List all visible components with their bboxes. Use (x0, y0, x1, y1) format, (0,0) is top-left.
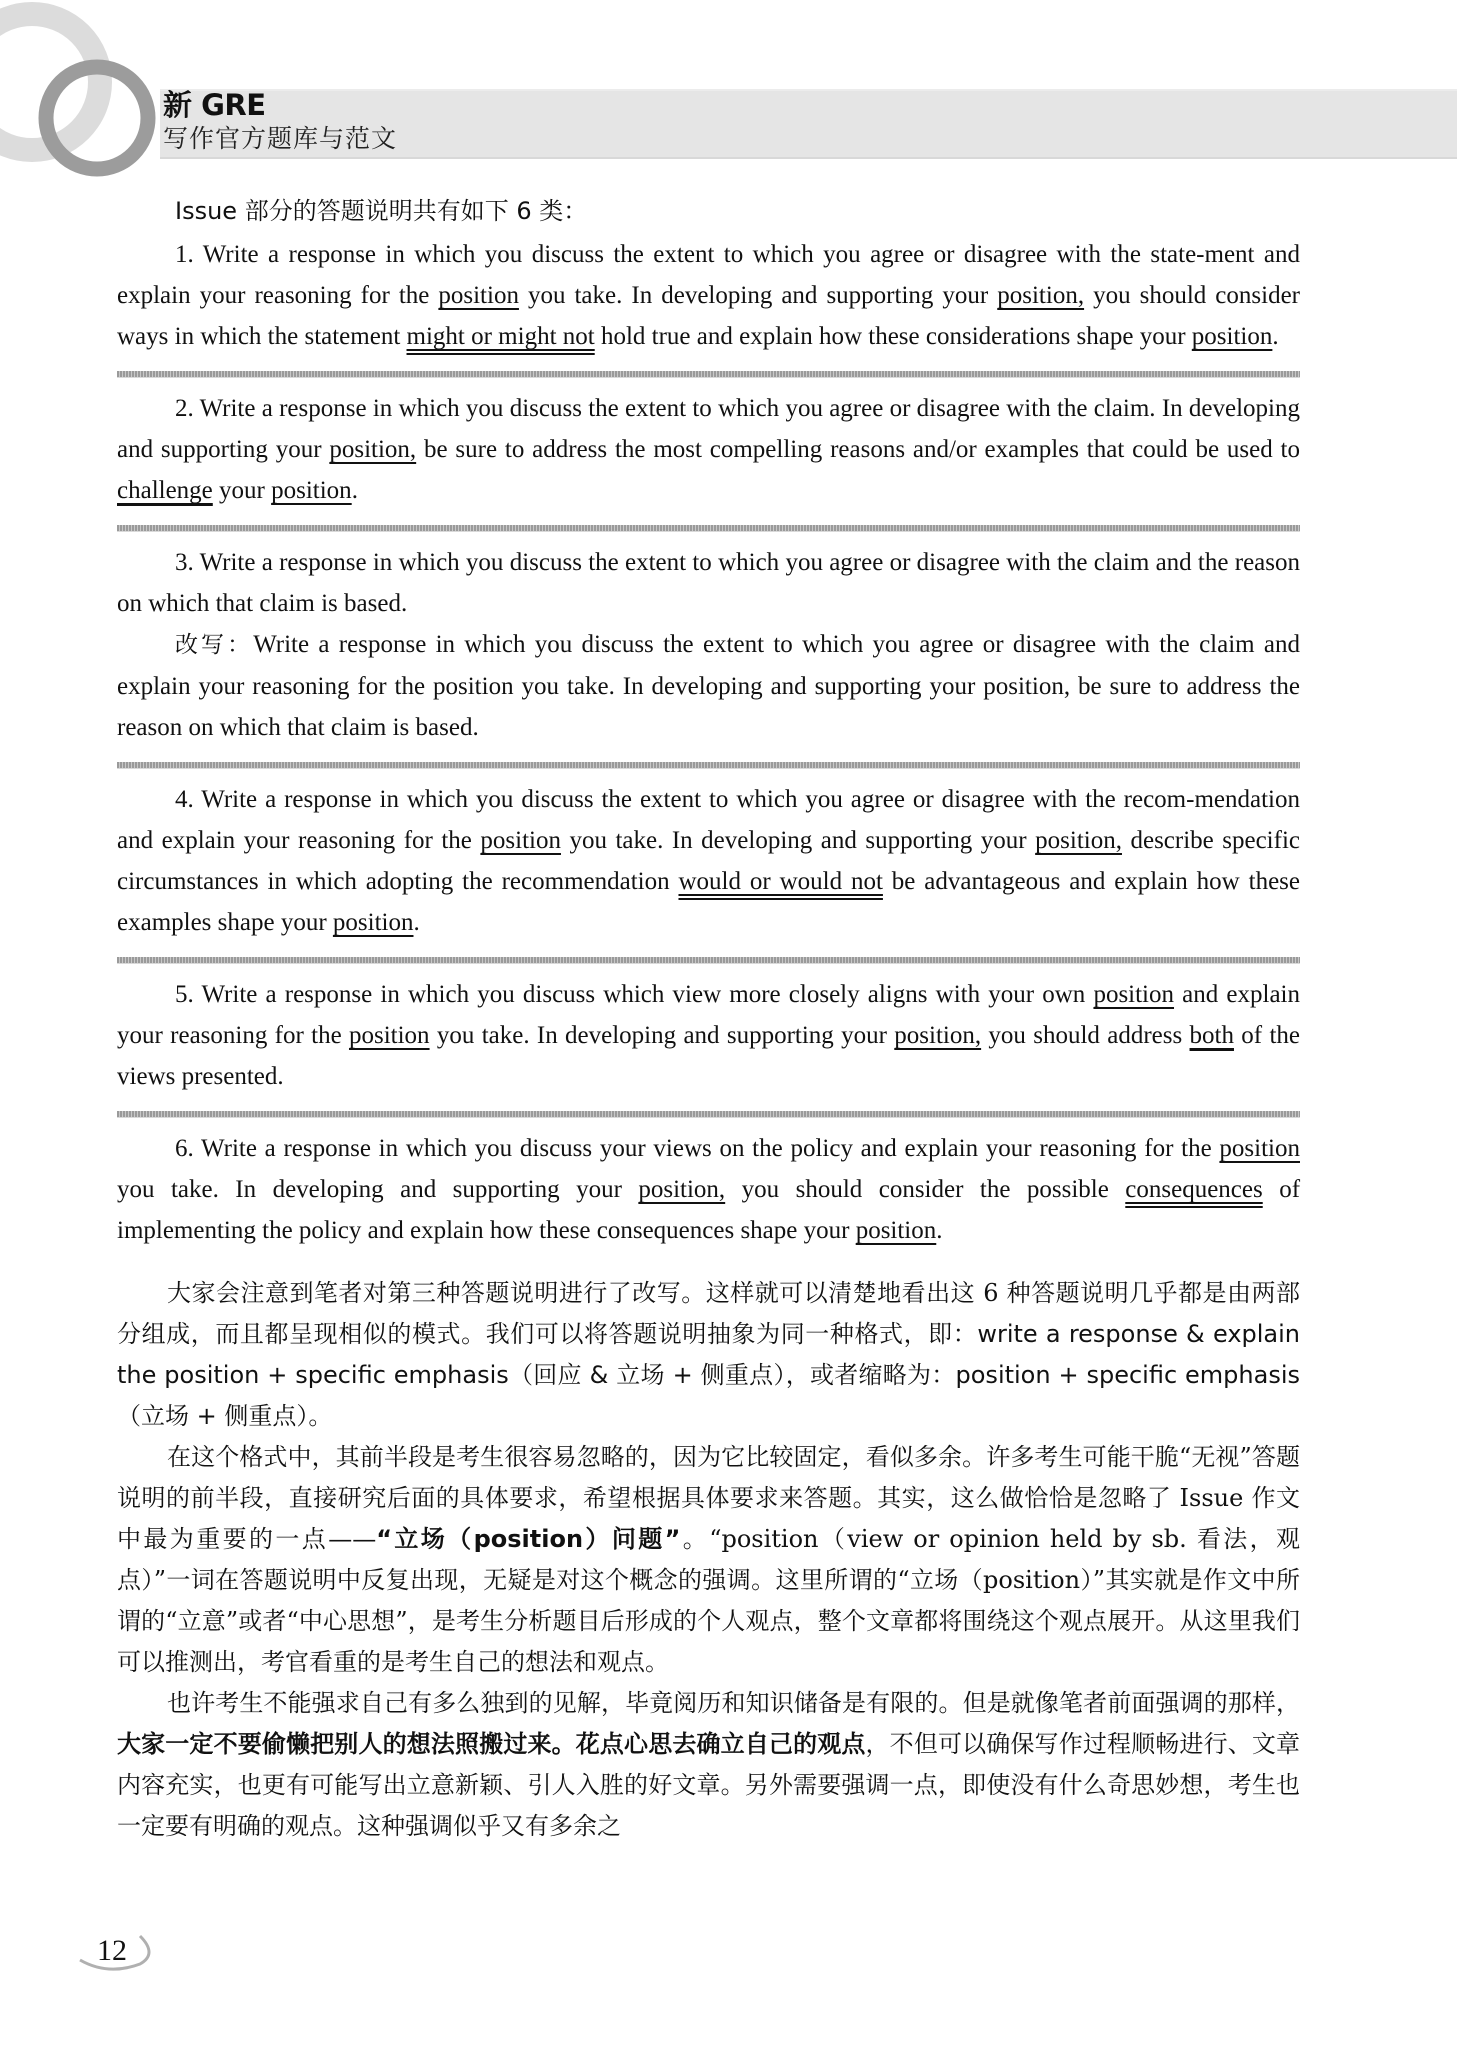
issue-direction-item: 3. Write a response in which you discuss… (117, 542, 1300, 748)
text-run: you should consider the possible (725, 1176, 1125, 1203)
text-run: you take. In developing and supporting y… (561, 827, 1035, 854)
double-underlined-term: consequences (1125, 1176, 1262, 1203)
text-run: . (352, 477, 358, 504)
text-run: you take. In developing and supporting y… (519, 282, 997, 309)
underlined-term: position (271, 477, 352, 504)
text-run: . (413, 909, 419, 936)
commentary-paragraph: 大家会注意到笔者对第三种答题说明进行了改写。这样就可以清楚地看出这 6 种答题说… (117, 1273, 1300, 1437)
direction-text: 6. Write a response in which you discuss… (117, 1128, 1300, 1251)
emphasized-term: both (1190, 1022, 1234, 1049)
text-run: 3. Write a response in which you discuss… (117, 549, 1300, 617)
text-run: . (936, 1217, 942, 1244)
commentary-paragraphs: 大家会注意到笔者对第三种答题说明进行了改写。这样就可以清楚地看出这 6 种答题说… (117, 1273, 1300, 1847)
underlined-term: position (349, 1022, 430, 1049)
bold-emphasis: “立场（position）问题” (376, 1525, 680, 1553)
issue-direction-item: 4. Write a response in which you discuss… (117, 779, 1300, 943)
underlined-term: position (438, 282, 519, 309)
text-run: 。 (308, 1402, 332, 1430)
rewrite-text: 改写：Write a response in which you discuss… (117, 624, 1300, 748)
commentary-paragraph: 在这个格式中，其前半段是考生很容易忽略的，因为它比较固定，看似多余。许多考生可能… (117, 1437, 1300, 1683)
rewrite-body: Write a response in which you discuss th… (117, 631, 1300, 741)
text-run: hold true and explain how these consider… (595, 323, 1192, 350)
underlined-term: position (333, 909, 414, 936)
commentary-paragraph: 也许考生不能强求自己有多么独到的见解，毕竟阅历和知识储备是有限的。但是就像笔者前… (117, 1683, 1300, 1847)
direction-text: 3. Write a response in which you discuss… (117, 542, 1300, 624)
issue-direction-item: 2. Write a response in which you discuss… (117, 388, 1300, 511)
bold-emphasis: 大家一定不要偷懒把别人的想法照搬过来。花点心思去确立自己的观点 (117, 1730, 866, 1758)
text-run: you take. In developing and supporting y… (117, 1176, 638, 1203)
page-content: Issue 部分的答题说明共有如下 6 类： 1. Write a respon… (117, 190, 1300, 1847)
text-run: . (1272, 323, 1278, 350)
issue-direction-item: 5. Write a response in which you discuss… (117, 974, 1300, 1097)
double-underlined-term: might or might not (407, 323, 595, 350)
direction-text: 2. Write a response in which you discuss… (117, 388, 1300, 511)
item-divider (117, 762, 1300, 769)
issue-direction-item: 1. Write a response in which you discuss… (117, 234, 1300, 357)
item-divider (117, 525, 1300, 532)
issue-directions-list: 1. Write a response in which you discuss… (117, 234, 1300, 1251)
underlined-term: position, (894, 1022, 981, 1049)
book-subtitle: 写作官方题库与范文 (163, 123, 397, 155)
item-divider (117, 957, 1300, 964)
underlined-term: position, (1035, 827, 1122, 854)
text-run: you should address (981, 1022, 1189, 1049)
text-run: 6. Write a response in which you discuss… (175, 1135, 1219, 1162)
underlined-term: position (1192, 323, 1273, 350)
item-divider (117, 371, 1300, 378)
direction-text: 5. Write a response in which you discuss… (117, 974, 1300, 1097)
text-run: be sure to address the most compelling r… (416, 436, 1300, 463)
underlined-term: position (1219, 1135, 1300, 1162)
text-run: ，或者缩略为： (786, 1361, 956, 1389)
direction-text: 4. Write a response in which you discuss… (117, 779, 1300, 943)
text-run: 也许考生不能强求自己有多么独到的见解，毕竟阅历和知识储备是有限的。但是就像笔者前… (167, 1689, 1300, 1717)
text-run: 5. Write a response in which you discuss… (175, 981, 1093, 1008)
underlined-term: position, (329, 436, 416, 463)
emphasized-term: challenge (117, 477, 213, 504)
double-underlined-term: would or would not (678, 868, 882, 895)
rewrite-label: 改写： (175, 632, 253, 658)
text-run: you take. In developing and supporting y… (430, 1022, 895, 1049)
item-divider (117, 1111, 1300, 1118)
text-run: your (213, 477, 271, 504)
underlined-term: position, (638, 1176, 725, 1203)
book-title: 新 GRE (163, 88, 266, 122)
underlined-term: position (856, 1217, 937, 1244)
page-number: 12 (97, 1934, 127, 1968)
underlined-term: position (1093, 981, 1174, 1008)
direction-text: 1. Write a response in which you discuss… (117, 234, 1300, 357)
underlined-term: position, (997, 282, 1084, 309)
section-heading: Issue 部分的答题说明共有如下 6 类： (175, 190, 1300, 232)
issue-direction-item: 6. Write a response in which you discuss… (117, 1128, 1300, 1251)
underlined-term: position (480, 827, 561, 854)
